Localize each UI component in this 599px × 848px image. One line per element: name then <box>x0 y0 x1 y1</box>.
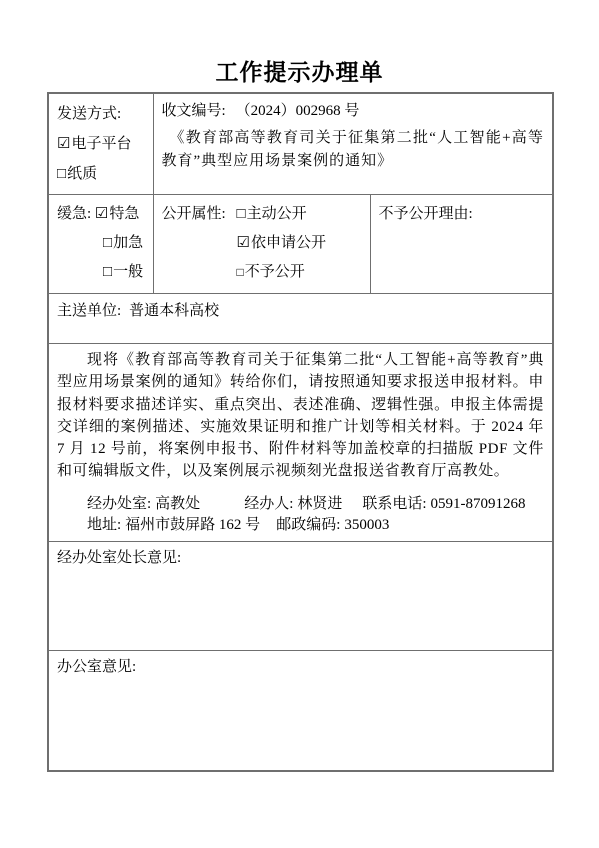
checkbox-checked-icon: ☑ <box>237 235 250 251</box>
urgency-option-extra-urgent-label: 特急 <box>109 206 139 222</box>
cell-urgency: 缓急: ☑特急 □加急 □一般 <box>48 195 153 294</box>
row-director-opinion: 经办处室处长意见: <box>48 541 553 650</box>
cell-body: 现将《教育部高等教育司关于征集第二批“人工智能+高等教育”典型应用场景案例的通知… <box>48 344 553 542</box>
form-table: 发送方式: ☑电子平台 □纸质 收文编号:（2024）002968 号 《教育部… <box>47 92 554 772</box>
send-option-electronic-label: 电子平台 <box>71 136 131 152</box>
row-urgency-disclosure: 缓急: ☑特急 □加急 □一般 公开属性: □主动公开 ☑依申请公开 □不予公开… <box>48 195 553 294</box>
checkbox-unchecked-icon: □ <box>103 235 112 251</box>
recipient-label: 主送单位: <box>57 303 121 319</box>
receipt-number-label: 收文编号: <box>162 103 226 119</box>
recipient-value: 普通本科高校 <box>129 303 219 319</box>
urgency-option-extra-urgent: 缓急: ☑特急 <box>57 200 145 229</box>
office-opinion-label: 办公室意见: <box>57 656 544 678</box>
checkbox-unchecked-icon: □ <box>103 264 112 280</box>
cell-recipient: 主送单位:普通本科高校 <box>48 294 553 344</box>
cell-director-opinion: 经办处室处长意见: <box>48 541 553 650</box>
urgency-option-normal-label: 一般 <box>113 264 143 280</box>
checkbox-checked-icon: ☑ <box>95 206 108 222</box>
body-paragraph: 现将《教育部高等教育司关于征集第二批“人工智能+高等教育”典型应用场景案例的通知… <box>57 349 544 483</box>
disclosure-option-on-request-label: 依申请公开 <box>251 235 326 251</box>
disclosure-option-proactive: □主动公开 <box>237 200 362 229</box>
checkbox-checked-icon: ☑ <box>57 136 70 152</box>
notice-title: 《教育部高等教育司关于征集第二批“人工智能+高等教育”典型应用场景案例的通知》 <box>162 127 545 173</box>
urgency-option-normal: □一般 <box>57 258 145 287</box>
handler-label: 经办人: <box>244 496 293 512</box>
urgency-option-urgent: □加急 <box>57 229 145 258</box>
cell-disclosure: 公开属性: □主动公开 ☑依申请公开 □不予公开 <box>153 195 370 294</box>
disclosure-option-none: □不予公开 <box>237 258 362 287</box>
director-opinion-label: 经办处室处长意见: <box>57 547 544 569</box>
send-option-paper-label: 纸质 <box>67 166 97 182</box>
contact-line-2: 地址:福州市鼓屏路 162 号邮政编码:350003 <box>87 515 544 536</box>
receipt-number-line: 收文编号:（2024）002968 号 <box>162 99 545 123</box>
row-send-receipt: 发送方式: ☑电子平台 □纸质 收文编号:（2024）002968 号 《教育部… <box>48 93 553 195</box>
send-option-paper: □纸质 <box>57 159 145 189</box>
handling-office-value: 高教处 <box>155 496 200 512</box>
handling-office-label: 经办处室: <box>87 496 151 512</box>
disclosure-label: 公开属性: <box>162 200 226 229</box>
send-option-electronic: ☑电子平台 <box>57 129 145 159</box>
contact-line-1: 经办处室:高教处经办人:林贤进联系电话:0591-87091268 <box>87 494 544 515</box>
disclosure-option-on-request: ☑依申请公开 <box>237 229 362 258</box>
row-office-opinion: 办公室意见: <box>48 650 553 771</box>
receipt-number-value: （2024）002968 号 <box>236 103 360 119</box>
cell-office-opinion: 办公室意见: <box>48 650 553 771</box>
address-value: 福州市鼓屏路 162 号 <box>125 517 260 533</box>
checkbox-unchecked-icon: □ <box>237 265 244 279</box>
disclosure-option-none-label: 不予公开 <box>245 264 305 280</box>
zip-value: 350003 <box>344 517 389 533</box>
disclosure-option-proactive-label: 主动公开 <box>247 206 307 222</box>
cell-receipt: 收文编号:（2024）002968 号 《教育部高等教育司关于征集第二批“人工智… <box>153 93 553 195</box>
address-label: 地址: <box>87 517 121 533</box>
row-recipient: 主送单位:普通本科高校 <box>48 294 553 344</box>
cell-nondisclosure-reason: 不予公开理由: <box>370 195 553 294</box>
phone-value: 0591-87091268 <box>431 496 526 512</box>
urgency-option-urgent-label: 加急 <box>113 235 143 251</box>
checkbox-unchecked-icon: □ <box>237 206 246 222</box>
handler-value: 林贤进 <box>297 496 342 512</box>
contact-block: 经办处室:高教处经办人:林贤进联系电话:0591-87091268 地址:福州市… <box>87 494 544 536</box>
row-body: 现将《教育部高等教育司关于征集第二批“人工智能+高等教育”典型应用场景案例的通知… <box>48 344 553 542</box>
cell-send-method: 发送方式: ☑电子平台 □纸质 <box>48 93 153 195</box>
checkbox-unchecked-icon: □ <box>57 166 66 182</box>
send-method-label: 发送方式: <box>57 99 145 129</box>
urgency-label: 缓急: <box>57 206 91 222</box>
nondisclosure-reason-label: 不予公开理由: <box>379 200 545 229</box>
page-title: 工作提示办理单 <box>0 54 599 87</box>
zip-label: 邮政编码: <box>276 517 340 533</box>
phone-label: 联系电话: <box>362 496 426 512</box>
